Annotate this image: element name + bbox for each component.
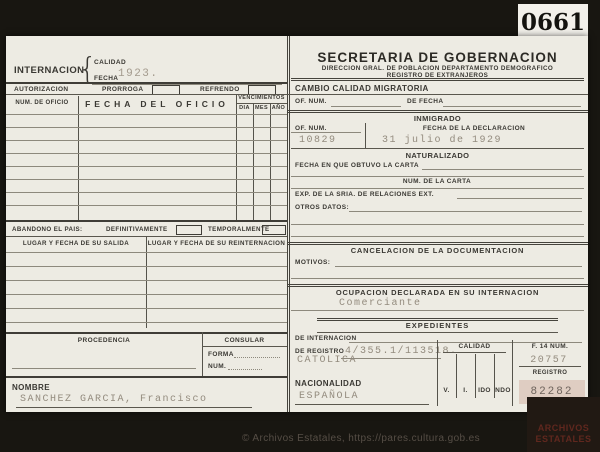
- registro-label: REGISTRO: [515, 370, 585, 376]
- fecha-carta-label: FECHA EN QUE OBTUVO LA CARTA: [295, 163, 419, 170]
- write-rule: [349, 211, 582, 212]
- nombre-label: NOMBRE: [12, 384, 50, 392]
- table-vline: [146, 236, 147, 328]
- ano-subheader: AÑO: [270, 106, 287, 112]
- archive-credit: © Archivos Estatales, https://pares.cult…: [242, 433, 480, 444]
- vencimientos-header: VENCIMIENTOS: [236, 96, 287, 102]
- table-row-rule: [6, 308, 287, 309]
- ndo-label: NDO: [494, 388, 512, 395]
- reinternacion-header: LUGAR Y FECHA DE SU REINTERNACION: [146, 241, 287, 247]
- write-rule: [291, 148, 584, 149]
- expedientes-header: EXPEDIENTES: [287, 322, 588, 330]
- folio-stamp-number: 0661: [521, 9, 585, 36]
- table-row-rule: [6, 153, 287, 154]
- ocupacion-value: Comerciante: [339, 299, 422, 309]
- religion-value: CATOLICA: [297, 356, 357, 366]
- table-row-rule: [6, 322, 287, 323]
- write-rule: [291, 278, 584, 279]
- cancelacion-header: CANCELACION DE LA DOCUMENTACION: [287, 247, 588, 255]
- write-rule: [291, 176, 584, 177]
- num-label: NUM.: [208, 364, 226, 371]
- de-fecha-label: DE FECHA: [407, 99, 443, 106]
- table-bottom-rule: [6, 220, 287, 222]
- table-vline: [270, 103, 271, 220]
- table-row-rule: [6, 252, 287, 253]
- write-rule: [291, 224, 584, 225]
- table-vline: [253, 103, 254, 220]
- fecha-declaracion-label: FECHA DE LA DECLARACION: [365, 126, 583, 133]
- box-bottom-rule: [6, 376, 287, 378]
- registration-card: INTERNACION { CALIDAD FECHA 1923. AUTORI…: [6, 36, 588, 412]
- nacionalidad-value: ESPAÑOLA: [299, 392, 359, 402]
- table-row-rule: [6, 192, 287, 193]
- table-row-rule: [6, 114, 287, 115]
- section-rule: [287, 242, 588, 245]
- otros-datos-label: OTROS DATOS:: [295, 205, 349, 212]
- cambio-header: CAMBIO CALIDAD MIGRATORIA: [295, 85, 429, 93]
- autorizacion-label: AUTORIZACION: [14, 87, 69, 94]
- grid-vline: [512, 340, 513, 406]
- section-rule: [287, 94, 588, 95]
- write-rule: [291, 310, 584, 311]
- table-row-rule: [6, 266, 287, 267]
- nombre-rule: [16, 407, 252, 408]
- num-leader: [228, 369, 262, 370]
- definitivamente-checkbox: [176, 225, 202, 235]
- of-num2-value: 10829: [299, 136, 337, 146]
- f14-rule: [519, 366, 581, 367]
- table-row-rule: [6, 294, 287, 295]
- definitivamente-label: DEFINITIVAMENTE: [106, 227, 168, 233]
- section-rule: [317, 332, 558, 333]
- fecha-oficio-header: FECHA DEL OFICIO: [78, 100, 236, 109]
- mes-subheader: MES: [253, 106, 270, 112]
- write-rule: [422, 169, 582, 170]
- nombre-value: SANCHEZ GARCIA, Francisco: [20, 395, 208, 405]
- section-rule: [287, 284, 588, 287]
- right-column: SECRETARIA DE GOBERNACION DIRECCION GRAL…: [287, 36, 588, 412]
- write-rule: [291, 188, 584, 189]
- write-rule: [291, 236, 584, 237]
- table-row-rule: [6, 280, 287, 281]
- forma-leader: [234, 357, 280, 358]
- salida-header: LUGAR Y FECHA DE SU SALIDA: [6, 241, 146, 247]
- forma-label: FORMA: [208, 352, 234, 359]
- prorroga-label: PRORROGA: [102, 87, 143, 94]
- nacionalidad-rule: [295, 404, 429, 405]
- temporalmente-checkbox: [262, 225, 286, 235]
- calidad-header: CALIDAD: [437, 344, 512, 351]
- exp-sria-label: EXP. DE LA SRIA. DE RELACIONES EXT.: [295, 192, 434, 199]
- nacionalidad-label: NACIONALIDAD: [295, 380, 362, 388]
- inmigrado-header: INMIGRADO: [287, 115, 588, 123]
- of-num-label: OF. NUM.: [295, 99, 327, 106]
- write-rule: [457, 198, 582, 199]
- header-rule: [291, 78, 584, 81]
- scanned-document: 0661 INTERNACION { CALIDAD FECHA 1923. A…: [0, 0, 600, 452]
- logo-line1: ARCHIVOS: [538, 423, 590, 435]
- consular-header: CONSULAR: [202, 338, 287, 345]
- page-title: SECRETARIA DE GOBERNACION: [287, 50, 588, 65]
- refrendo-label: REFRENDO: [200, 87, 240, 94]
- table-row-rule: [6, 140, 287, 141]
- f14-value: 20757: [519, 356, 579, 366]
- write-rule: [331, 106, 401, 107]
- internacion-label: INTERNACION: [14, 66, 84, 76]
- ido-label: IDO: [475, 388, 494, 395]
- i-label: I.: [456, 388, 475, 395]
- table-row-rule: [6, 205, 287, 206]
- write-rule: [443, 106, 581, 107]
- section-rule: [287, 110, 588, 113]
- box-top-rule: [6, 332, 287, 334]
- v-label: V.: [437, 388, 456, 395]
- num-oficio-header: NUM. DE OFICIO: [6, 100, 78, 106]
- dia-subheader: DIA: [236, 106, 253, 112]
- procedencia-write-rule: [12, 368, 196, 369]
- calidad-label: CALIDAD: [94, 60, 126, 67]
- table-vline: [236, 94, 237, 220]
- write-rule: [335, 266, 582, 267]
- write-rule: [291, 132, 361, 133]
- motivos-label: MOTIVOS:: [295, 260, 330, 267]
- procedencia-header: PROCEDENCIA: [6, 338, 202, 345]
- fecha-declaracion-value: 31 julio de 1929: [382, 136, 502, 146]
- calidad-rule: [443, 352, 506, 353]
- table-row-rule: [6, 166, 287, 167]
- abandono-label: ABANDONO EL PAIS:: [12, 227, 83, 233]
- folio-stamp-box: 0661: [518, 4, 588, 40]
- fecha-value: 1923.: [118, 69, 159, 80]
- section-rule: [6, 82, 287, 84]
- num-carta-label: NUM. DE LA CARTA: [347, 179, 527, 186]
- f14-label: F. 14 NUM.: [515, 344, 585, 351]
- table-row-rule: [6, 179, 287, 180]
- naturalizado-header: NATURALIZADO: [287, 152, 588, 160]
- vencimientos-rule: [236, 103, 287, 104]
- temporalmente-label: TEMPORALMENTE: [208, 227, 270, 233]
- archivos-estatales-logo: ARCHIVOS ESTATALES: [527, 397, 600, 452]
- consular-rule: [202, 346, 287, 347]
- logo-line2: ESTATALES: [536, 434, 592, 446]
- table-row-rule: [6, 127, 287, 128]
- de-internacion-label: DE INTERNACION: [295, 336, 357, 343]
- ocupacion-header: OCUPACION DECLARADA EN SU INTERNACION: [287, 289, 588, 297]
